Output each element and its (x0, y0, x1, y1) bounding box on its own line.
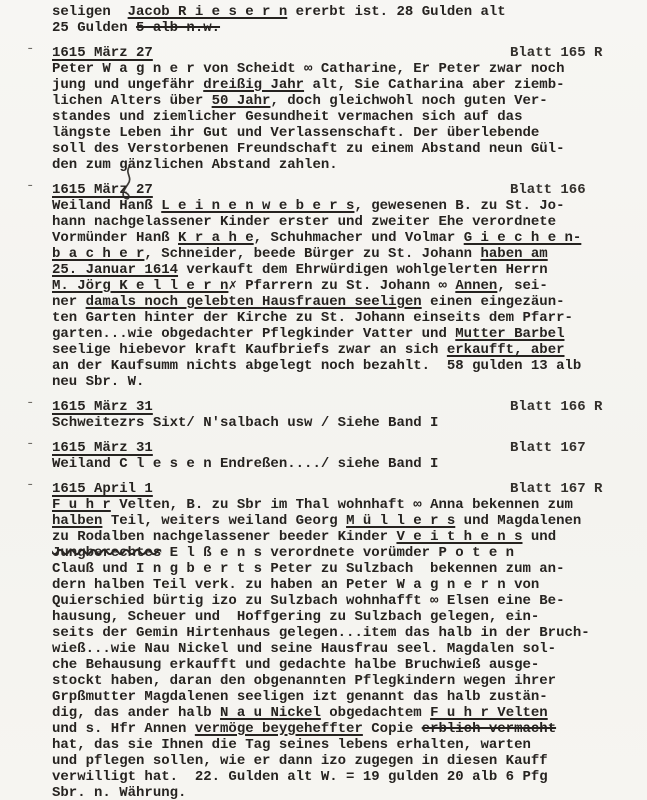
text-segment: G i e c h e n- (464, 230, 582, 246)
text-segment: ererbt ist. 28 Gulden alt (287, 4, 505, 20)
text-line: 25. Januar 1614 verkauft dem Ehrwürdigen… (52, 262, 647, 278)
text-segment: K r a h e (178, 230, 254, 246)
text-line: seligen Jacob R i e s e r n ererbt ist. … (52, 4, 647, 20)
text-segment: Vormünder Hanß (52, 230, 178, 246)
text-segment: einen eingezäun- (422, 294, 565, 310)
text-line: seits der Gemin Hirtenhaus gelegen...ite… (52, 625, 647, 641)
text-segment: 50 Jahr (212, 93, 271, 109)
text-line: Vormünder Hanß K r a h e, Schuhmacher un… (52, 230, 647, 246)
text-line: längste Leben ihr Gut und Verlassenschaf… (52, 125, 647, 141)
text-line: Quierschied bürtig izo zu Sulzbach wohnh… (52, 593, 647, 609)
entry-header: -1615 März 27Blatt 165 R (52, 45, 647, 61)
entry-date: 1615 März 31 (52, 399, 153, 415)
text-segment: Velten, B. zu Sbr im Thal wohnhaft ∞ Ann… (111, 497, 573, 513)
text-line: dern halben Teil verk. zu haben an Peter… (52, 577, 647, 593)
entry: -1615 März 31Blatt 166 RSchweitezrs Sixt… (52, 399, 647, 431)
entry-header: -1615 März 27Blatt 166 (52, 182, 647, 198)
text-segment: erkaufft, aber (447, 342, 565, 358)
text-segment: jung und ungefähr (52, 77, 203, 93)
text-line: lichen Alters über 50 Jahr, doch gleichw… (52, 93, 647, 109)
entry-date: 1615 März 27 (52, 45, 153, 61)
text-line: Peter W a g n e r von Scheidt ∞ Catharin… (52, 61, 647, 77)
text-segment: an der Kaufsumm nichts abgelegt noch bez… (52, 358, 581, 374)
text-segment: F u h r Velten (430, 705, 548, 721)
text-line: Weiland Hanß L e i n e n w e b e r s, ge… (52, 198, 647, 214)
text-segment: vermöge beygeheffter (195, 721, 363, 737)
text-segment: che Behausung erkaufft und gedachte halb… (52, 657, 539, 673)
text-segment: Grpßmutter Magdalenen seeligen izt genan… (52, 689, 548, 705)
text-segment: 25. Januar 1614 (52, 262, 178, 278)
text-segment: verkauft dem Ehrwürdigen wohlgelerten He… (178, 262, 548, 278)
text-line: und s. Hfr Annen vermöge beygeheffter Co… (52, 721, 647, 737)
entry-date: 1615 April 1 (52, 481, 153, 497)
text-segment: Teil, weiters weiland Georg (102, 513, 346, 529)
text-segment: , sei- (497, 278, 547, 294)
entry-header: -1615 März 31Blatt 167 (52, 440, 647, 456)
entry-blatt: Blatt 166 (510, 182, 586, 198)
text-segment: M ü l l e r s (346, 513, 455, 529)
text-line: soll des Verstorbenen Freundschaft zu ei… (52, 141, 647, 157)
text-segment: Clauß und I n g b e r t s Peter zu Sulzb… (52, 561, 564, 577)
text-line: ner damals noch gelebten Hausfrauen seel… (52, 294, 647, 310)
text-segment: Peter W a g n e r von Scheidt ∞ Catharin… (52, 61, 564, 77)
text-segment: F u h r (52, 497, 111, 513)
text-line: den zum gänzlichen Abstand zahlen. (52, 157, 647, 173)
text-segment: , gewesenen B. zu St. Jo- (354, 198, 564, 214)
text-line: Grpßmutter Magdalenen seeligen izt genan… (52, 689, 647, 705)
text-line: che Behausung erkaufft und gedachte halb… (52, 657, 647, 673)
text-segment: V e i t h e n s (396, 529, 522, 545)
entry-date: 1615 März 31 (52, 440, 153, 456)
entry: -1615 März 31Blatt 167Weiland C l e s e … (52, 440, 647, 472)
text-segment: neu Sbr. W. (52, 374, 144, 390)
text-line: Weiland C l e s e n Endreßen..../ siehe … (52, 456, 647, 472)
entries: seligen Jacob R i e s e r n ererbt ist. … (52, 4, 647, 800)
text-segment: soll des Verstorbenen Freundschaft zu ei… (52, 141, 564, 157)
entry: -1615 März 27Blatt 166Weiland Hanß L e i… (52, 182, 647, 390)
text-segment: stockt haben, daran den obgenannten Pfle… (52, 673, 556, 689)
entry: -1615 April 1Blatt 167 RF u h r Velten, … (52, 481, 647, 800)
text-line: stockt haben, daran den obgenannten Pfle… (52, 673, 647, 689)
text-segment: Annen (455, 278, 497, 294)
text-segment: zu Rodalben nachgelassener beeder Kinder (52, 529, 396, 545)
text-line: Sbr. n. Währung. (52, 785, 647, 800)
text-line: und pflegen sollen, wie er dann izo zuge… (52, 753, 647, 769)
text-segment: damals noch gelebten Hausfrauen seeligen (86, 294, 422, 310)
text-segment: dern halben Teil verk. zu haben an Peter… (52, 577, 539, 593)
text-segment: 5 alb n.w. (136, 20, 220, 36)
text-segment: den zum gänzlichen Abstand zahlen. (52, 157, 338, 173)
text-segment: wieß...wie Nau Nickel und seine Hausfrau… (52, 641, 556, 657)
text-line: neu Sbr. W. (52, 374, 647, 390)
entry-blatt: Blatt 167 R (510, 481, 602, 497)
text-segment: Weiland C l e s e n Endreßen..../ siehe … (52, 456, 438, 472)
text-segment: Jungberechtes (52, 545, 161, 561)
entry: -1615 März 27Blatt 165 RPeter W a g n e … (52, 45, 647, 173)
text-line: verwilligt hat. 22. Gulden alt W. = 19 g… (52, 769, 647, 785)
text-segment: standes und ziemlicher Gesundheit vermac… (52, 109, 522, 125)
text-line: seelige hiebevor kraft Kaufbriefs zwar a… (52, 342, 647, 358)
margin-dash-mark: - (26, 436, 34, 452)
text-segment: Quierschied bürtig izo zu Sulzbach wohnh… (52, 593, 564, 609)
text-segment: ✗ Pfarrern zu St. Johann ∞ (228, 278, 455, 294)
text-segment: Schweitezrs Sixt/ N'salbach usw / Siehe … (52, 415, 438, 431)
text-segment: lichen Alters über (52, 93, 212, 109)
text-segment: E l ß e n s verordnete vorümder P o t e … (161, 545, 514, 561)
text-segment: b a c h e r (52, 246, 144, 262)
text-segment: längste Leben ihr Gut und Verlassenschaf… (52, 125, 539, 141)
text-line: garten...wie obgedachter Pflegkinder Vat… (52, 326, 647, 342)
text-segment: hat, das sie Ihnen die Tag seines lebens… (52, 737, 531, 753)
text-segment: hausung, Scheuer und Hoffgering zu Sulzb… (52, 609, 539, 625)
text-line: M. Jörg K e l l e r n✗ Pfarrern zu St. J… (52, 278, 647, 294)
text-line: standes und ziemlicher Gesundheit vermac… (52, 109, 647, 125)
text-segment: dig, das ander halb (52, 705, 220, 721)
text-segment: und Magdalenen (455, 513, 581, 529)
text-line: halben Teil, weiters weiland Georg M ü l… (52, 513, 647, 529)
text-segment: Jacob R i e s e r n (128, 4, 288, 20)
text-segment: erblich vermacht (422, 721, 556, 737)
text-segment: seelige hiebevor kraft Kaufbriefs zwar a… (52, 342, 447, 358)
text-segment: garten...wie obgedachter Pflegkinder Vat… (52, 326, 455, 342)
text-line: hausung, Scheuer und Hoffgering zu Sulzb… (52, 609, 647, 625)
text-segment: verwilligt hat. 22. Gulden alt W. = 19 g… (52, 769, 548, 785)
archive-document-page: seligen Jacob R i e s e r n ererbt ist. … (0, 0, 647, 800)
text-segment: seligen (52, 4, 128, 20)
text-segment: 25 Gulden (52, 20, 136, 36)
entry-date: 1615 März 27 (52, 182, 153, 198)
text-segment: und pflegen sollen, wie er dann izo zuge… (52, 753, 548, 769)
text-line: ten Garten hinter der Kirche zu St. Joha… (52, 310, 647, 326)
text-segment: , Schneider, beede Bürger zu St. Johann (144, 246, 480, 262)
text-segment: N a u Nickel (220, 705, 321, 721)
text-segment: dreißig Jahr (203, 77, 304, 93)
text-segment: hann nachgelassener Kinder erster und zw… (52, 214, 556, 230)
text-line: dig, das ander halb N a u Nickel obgedac… (52, 705, 647, 721)
text-line: F u h r Velten, B. zu Sbr im Thal wohnha… (52, 497, 647, 513)
text-line: an der Kaufsumm nichts abgelegt noch bez… (52, 358, 647, 374)
entry-header: -1615 April 1Blatt 167 R (52, 481, 647, 497)
text-line: jung und ungefähr dreißig Jahr alt, Sie … (52, 77, 647, 93)
entry-header: -1615 März 31Blatt 166 R (52, 399, 647, 415)
text-segment: L e i n e n w e b e r s (161, 198, 354, 214)
margin-dash-mark: - (26, 395, 34, 411)
text-line: zu Rodalben nachgelassener beeder Kinder… (52, 529, 647, 545)
margin-dash-mark: - (26, 41, 34, 57)
text-segment: , Schuhmacher und Volmar (254, 230, 464, 246)
text-line: hat, das sie Ihnen die Tag seines lebens… (52, 737, 647, 753)
text-line: b a c h e r, Schneider, beede Bürger zu … (52, 246, 647, 262)
text-segment: , doch gleichwohl noch guten Ver- (270, 93, 547, 109)
text-segment: ten Garten hinter der Kirche zu St. Joha… (52, 310, 573, 326)
text-line: Schweitezrs Sixt/ N'salbach usw / Siehe … (52, 415, 647, 431)
text-segment: ner (52, 294, 86, 310)
text-line: hann nachgelassener Kinder erster und zw… (52, 214, 647, 230)
text-line: 25 Gulden 5 alb n.w. (52, 20, 647, 36)
text-segment: Sbr. n. Währung. (52, 785, 186, 800)
text-segment: halben (52, 513, 102, 529)
text-segment: und (523, 529, 557, 545)
text-segment: Mutter Barbel (455, 326, 564, 342)
text-segment: obgedachtem (321, 705, 430, 721)
entry-blatt: Blatt 166 R (510, 399, 602, 415)
text-segment: Copie (363, 721, 422, 737)
margin-dash-mark: - (26, 477, 34, 493)
text-segment: haben am (480, 246, 547, 262)
entry-blatt: Blatt 165 R (510, 45, 602, 61)
entry-blatt: Blatt 167 (510, 440, 586, 456)
text-line: wieß...wie Nau Nickel und seine Hausfrau… (52, 641, 647, 657)
text-segment: Weiland Hanß (52, 198, 161, 214)
text-segment: und s. Hfr Annen (52, 721, 195, 737)
text-line: Jungberechtes E l ß e n s verordnete vor… (52, 545, 647, 561)
entry: seligen Jacob R i e s e r n ererbt ist. … (52, 4, 647, 36)
text-segment: M. Jörg K e l l e r n (52, 278, 228, 294)
margin-dash-mark: - (26, 178, 34, 194)
text-line: Clauß und I n g b e r t s Peter zu Sulzb… (52, 561, 647, 577)
text-segment: alt, Sie Catharina aber ziemb- (304, 77, 564, 93)
text-segment: seits der Gemin Hirtenhaus gelegen...ite… (52, 625, 590, 641)
